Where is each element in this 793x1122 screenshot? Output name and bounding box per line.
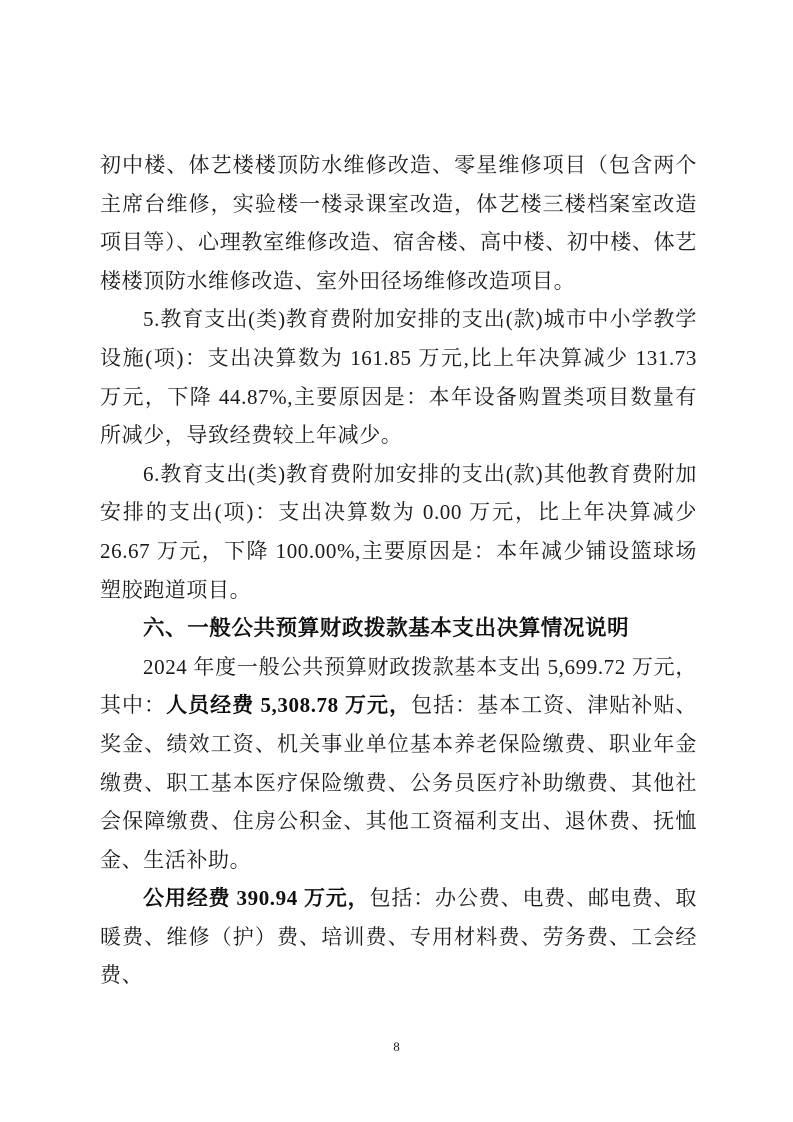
personnel-expense-amount-bold: 人员经费 5,308.78 万元， (166, 693, 411, 717)
personnel-expense-detail-text: 包括：基本工资、津贴补贴、奖金、绩效工资、机关事业单位基本养老保险缴费、职业年金… (100, 693, 697, 871)
page-number: 8 (0, 1038, 793, 1056)
section-heading-basic-expenditure: 六、一般公共预算财政拨款基本支出决算情况说明 (100, 609, 697, 648)
paragraph-item-6-education-expense: 6.教育支出(类)教育费附加安排的支出(款)其他教育费附加安排的支出(项)：支出… (100, 455, 697, 609)
paragraph-item-5-education-expense: 5.教育支出(类)教育费附加安排的支出(款)城市中小学教学设施(项)：支出决算数… (100, 300, 697, 454)
paragraph-basic-expenditure-personnel: 2024 年度一般公共预算财政拨款基本支出 5,699.72 万元，其中：人员经… (100, 648, 697, 880)
paragraph-renovation-projects: 初中楼、体艺楼楼顶防水维修改造、零星维修项目（包含两个主席台维修，实验楼一楼录课… (100, 146, 697, 300)
document-body-text: 初中楼、体艺楼楼顶防水维修改造、零星维修项目（包含两个主席台维修，实验楼一楼录课… (100, 146, 697, 995)
public-expense-amount-bold: 公用经费 390.94 万元， (143, 886, 370, 910)
document-page: { "page": { "number": "8" }, "document":… (0, 0, 793, 1122)
paragraph-public-expense: 公用经费 390.94 万元，包括：办公费、电费、邮电费、取暖费、维修（护）费、… (100, 879, 697, 995)
page-background: 初中楼、体艺楼楼顶防水维修改造、零星维修项目（包含两个主席台维修，实验楼一楼录课… (0, 0, 793, 1122)
